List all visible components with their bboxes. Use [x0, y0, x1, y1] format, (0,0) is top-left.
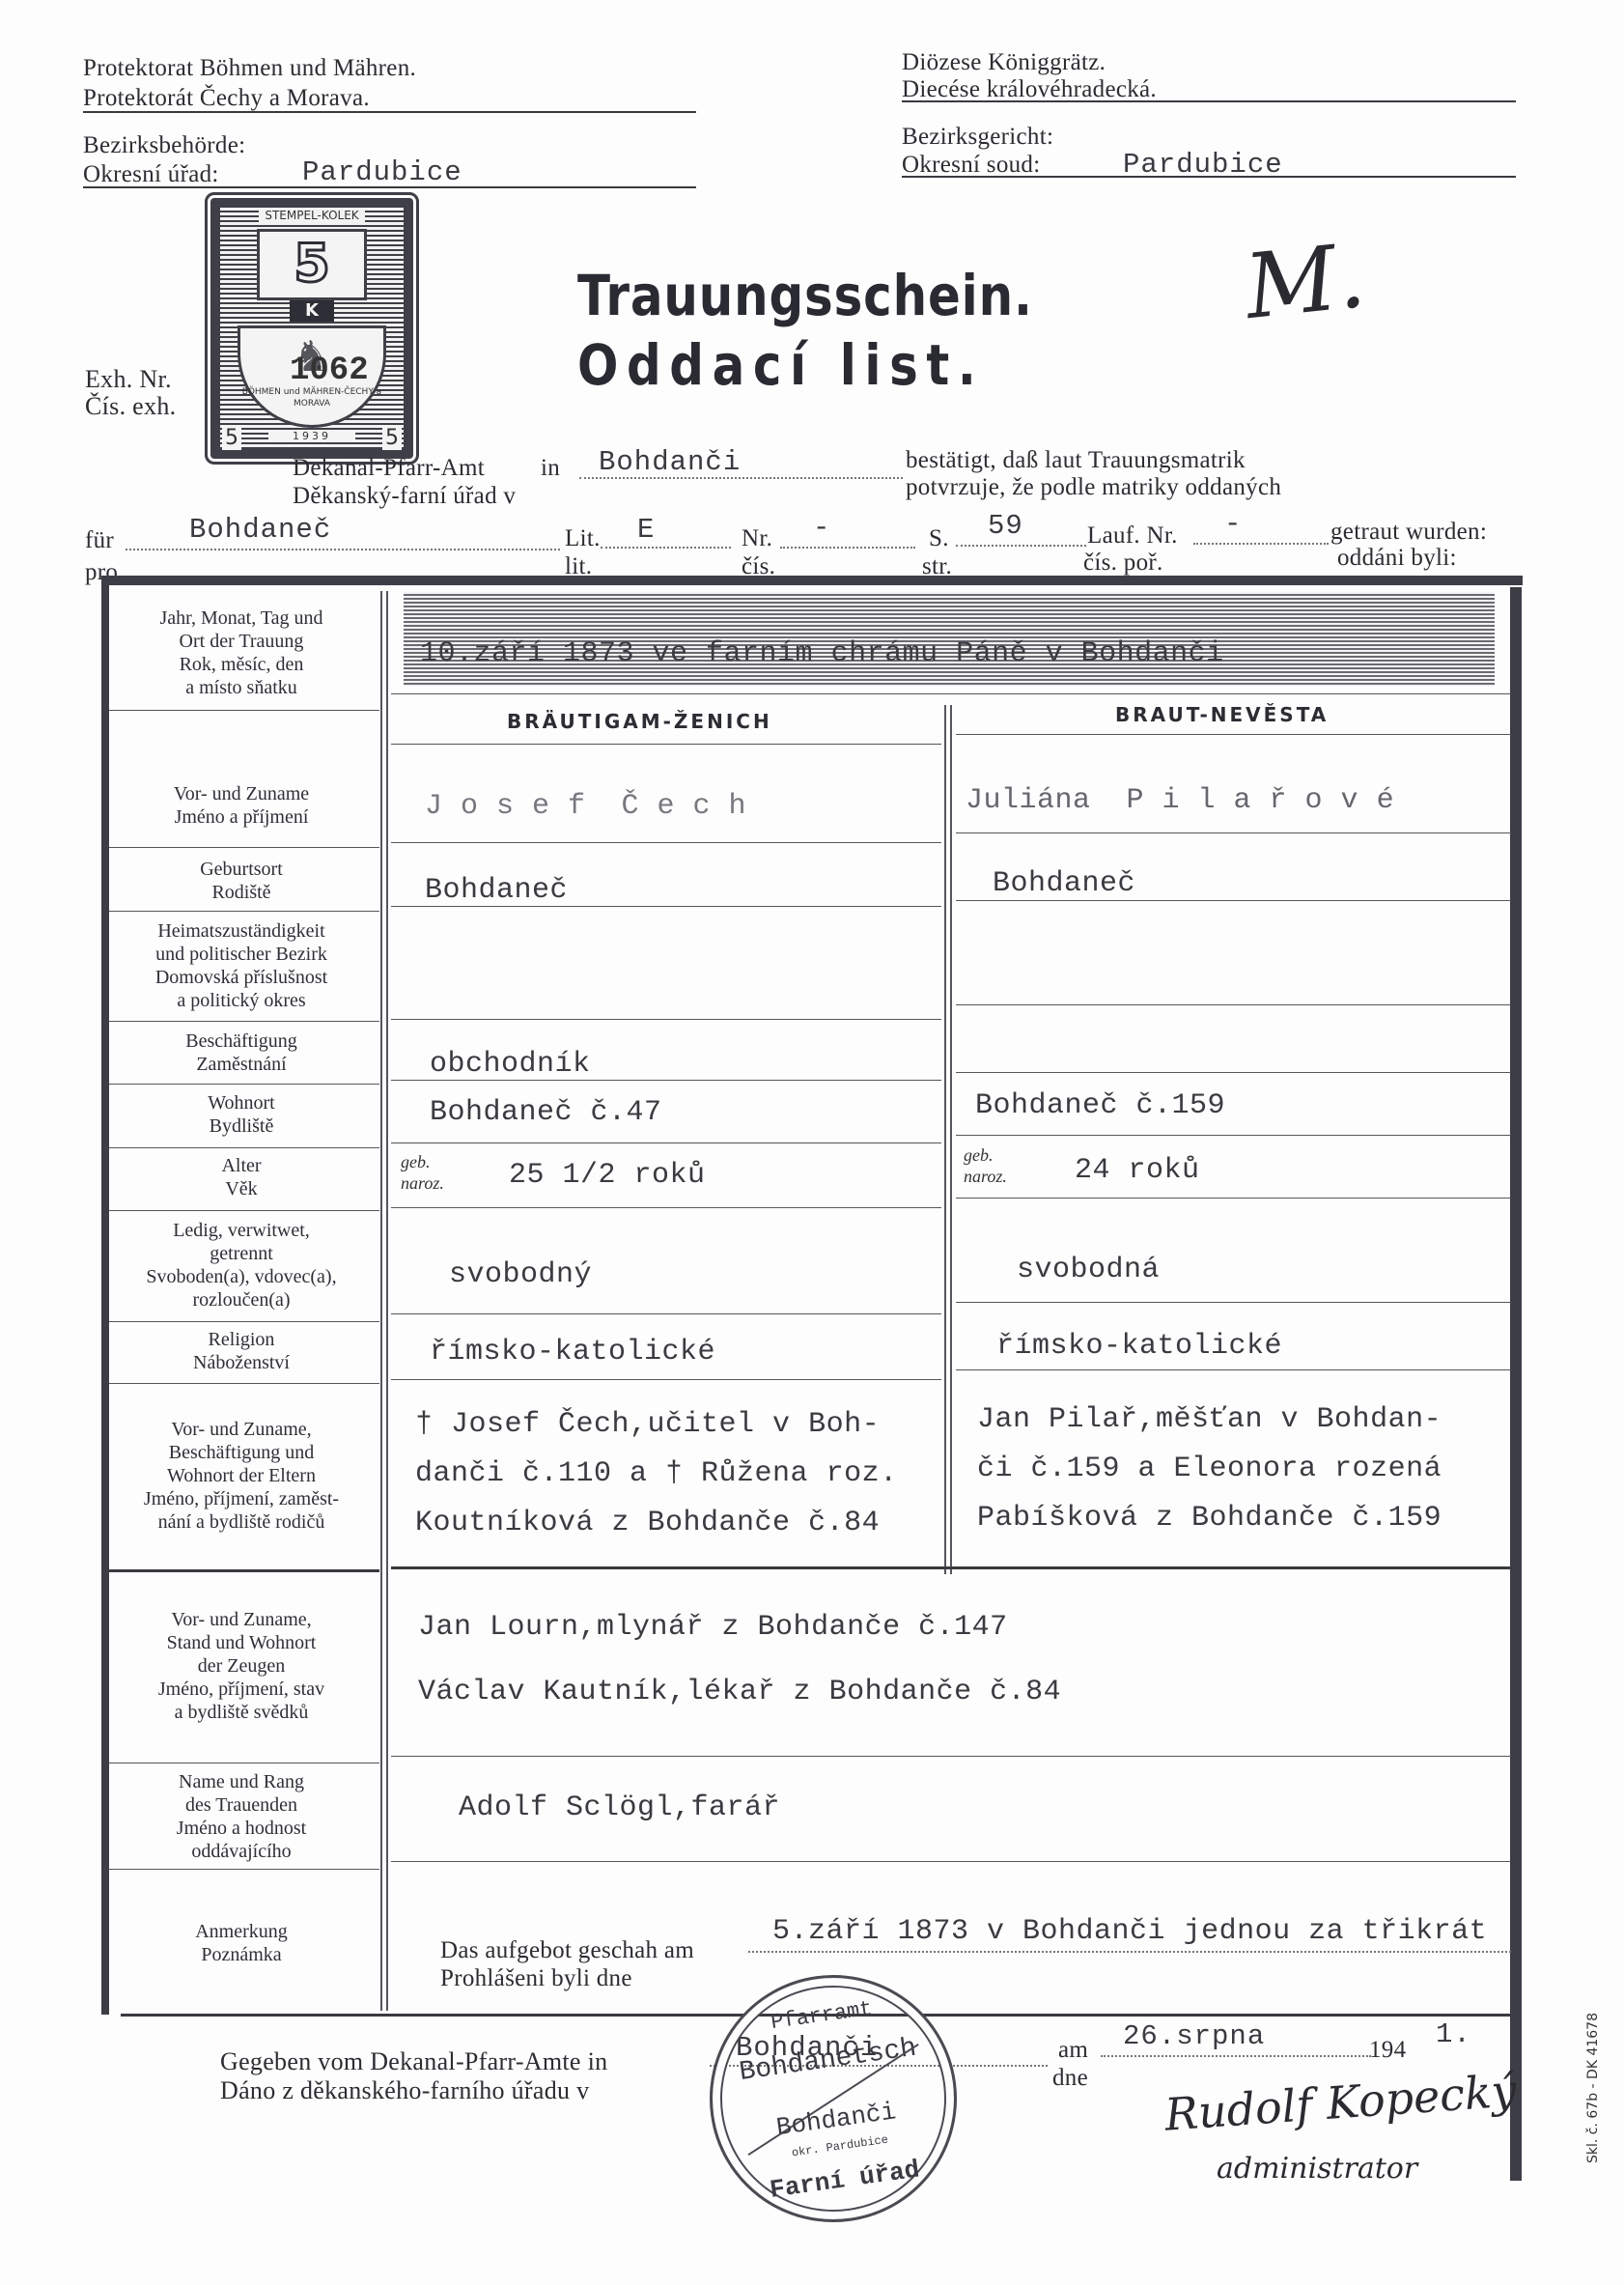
lauf-label-cz: čís. poř.	[1083, 549, 1163, 578]
groom-name: J o s e f Č e c h	[425, 790, 746, 823]
handwritten-mark: M.	[1241, 224, 1370, 339]
signature: Rudolf Kopecký	[1163, 2064, 1519, 2140]
s-label-de: S.	[929, 524, 949, 553]
title-cz: Oddací list.	[577, 332, 984, 398]
confirm-de: bestätigt, daß laut Trauungsmatrik	[906, 446, 1246, 475]
district-authority-label-de: Bezirksbehörde:	[83, 131, 245, 160]
fur-label-de: für	[85, 526, 114, 555]
officiant-label: Name und Rangdes Trauenden Jméno a hodno…	[101, 1770, 381, 1863]
groom-occupation: obchodník	[430, 1048, 591, 1081]
issued-label-de: Gegeben vom Dekanal-Pfarr-Amte in	[220, 2047, 607, 2076]
stamp-overprint: 1062	[290, 353, 369, 389]
groom-residence: Bohdaneč č.47	[430, 1096, 662, 1129]
remarks-label: AnmerkungPoznámka	[101, 1920, 381, 1966]
married-label-cz: oddáni byli:	[1337, 544, 1457, 573]
date-place-value: 10.září 1873 ve farním chrámu Páně v Boh…	[420, 637, 1224, 670]
s-value: 59	[988, 510, 1023, 542]
residence-label: WohnortBydliště	[101, 1091, 381, 1138]
nr-value: -	[813, 512, 830, 544]
witness-2: Václav Kautník,lékař z Bohdanče č.84	[418, 1676, 1061, 1708]
groom-age: 25 1/2 roků	[509, 1159, 706, 1192]
domicile-label: Heimatszuständigkeitund politischer Bezi…	[101, 919, 381, 1012]
office-label-in: in	[541, 454, 560, 483]
bride-birthplace: Bohdaneč	[993, 867, 1135, 900]
parish-seal: Pfarramt Bohdanetsch Bohdanči okr. Pardu…	[693, 1959, 972, 2238]
district-authority-value: Pardubice	[302, 156, 462, 188]
office-label-cz: Děkanský-farní úřad v	[293, 482, 516, 511]
exhibit-label-cz: Čís. exh.	[85, 392, 176, 421]
groom-column-header: BRÄUTIGAM-ŽENICH	[507, 710, 772, 733]
lit-value: E	[637, 514, 655, 546]
protectorate-de: Protektorat Böhmen und Mähren.	[83, 54, 416, 83]
date-place-label: Jahr, Monat, Tag undOrt der Trauung Rok,…	[101, 607, 381, 699]
bride-column-header: BRAUT-NEVĚSTA	[1115, 703, 1329, 726]
stamp-top-text: STEMPEL-KOLEK	[259, 208, 365, 223]
nr-label-de: Nr.	[742, 524, 772, 553]
form-code: Skl. č. 67b - DK 41678	[1585, 2013, 1601, 2163]
diocese-de: Diözese Königgrätz.	[902, 48, 1106, 77]
year-prefix: 194	[1369, 2036, 1406, 2065]
lauf-value: -	[1224, 508, 1242, 540]
stamp-currency: K	[290, 300, 334, 322]
age-label: AlterVěk	[101, 1154, 381, 1200]
year-suffix: 1.	[1436, 2018, 1471, 2050]
confirm-cz: potvrzuje, že podle matriky oddaných	[906, 473, 1281, 502]
bride-geb-label: geb.naroz.	[964, 1144, 1007, 1187]
issued-label-cz: Dáno z děkanského-farního úřadu v	[220, 2076, 589, 2105]
title-de: Trauungsschein.	[577, 263, 1033, 328]
parents-label: Vor- und Zuname,Beschäftigung und Wohnor…	[101, 1418, 381, 1534]
bride-religion: římsko-katolické	[996, 1330, 1282, 1363]
stamp-corner-left: 5	[222, 426, 241, 450]
groom-marital-status: svobodný	[449, 1258, 592, 1291]
groom-religion: římsko-katolické	[430, 1336, 715, 1368]
banns-value: 5.září 1873 v Bohdanči jednou za třikrát	[772, 1915, 1487, 1948]
fur-value: Bohdaneč	[189, 514, 331, 546]
marital-status-label: Ledig, verwitwet,getrennt Svoboden(a), v…	[101, 1219, 381, 1312]
banns-label-de: Das aufgebot geschah am	[440, 1936, 694, 1965]
district-court-label-de: Bezirksgericht:	[902, 123, 1053, 152]
religion-label: ReligionNáboženství	[101, 1328, 381, 1374]
stamp-value: 5	[257, 229, 367, 300]
lauf-label-de: Lauf. Nr.	[1087, 522, 1178, 550]
issue-date-value: 26.srpna	[1123, 2020, 1265, 2052]
office-label-de: Dekanal-Pfarr-Amt	[293, 454, 485, 483]
bride-marital-status: svobodná	[1017, 1254, 1160, 1286]
occupation-label: BeschäftigungZaměstnání	[101, 1030, 381, 1076]
exhibit-label-de: Exh. Nr.	[85, 365, 172, 394]
district-authority-label-cz: Okresní úřad:	[83, 160, 219, 189]
stamp-year: 1939	[268, 430, 355, 442]
revenue-stamp: STEMPEL-KOLEK 5 K ♞ BÖHMEN und MÄHREN-ČE…	[210, 198, 413, 459]
groom-geb-label: geb.naroz.	[401, 1151, 444, 1194]
witness-1: Jan Lourn,mlynář z Bohdanče č.147	[418, 1611, 1008, 1644]
date-label-cz: dne	[1052, 2064, 1088, 2093]
groom-parents: † Josef Čech,učitel v Boh- danči č.110 a…	[415, 1400, 898, 1548]
married-label-de: getraut wurden:	[1330, 518, 1487, 547]
bride-name: Juliána P i l a ř o v é	[966, 784, 1394, 817]
witnesses-label: Vor- und Zuname,Stand und Wohnort der Ze…	[101, 1608, 381, 1724]
birthplace-label: GeburtsortRodiště	[101, 858, 381, 904]
name-label: Vor- und ZunameJméno a příjmení	[101, 782, 381, 829]
bride-parents: Jan Pilař,měšťan v Bohdan- či č.159 a El…	[977, 1396, 1442, 1543]
signature-title: administrator	[1217, 2152, 1417, 2186]
office-value: Bohdanči	[599, 446, 741, 478]
lit-label-de: Lit.	[565, 524, 601, 553]
bride-age: 24 roků	[1075, 1154, 1200, 1187]
stamp-corner-right: 5	[382, 426, 402, 450]
protectorate-cz: Protektorát Čechy a Morava.	[83, 84, 370, 113]
banns-label-cz: Prohlášeni byli dne	[440, 1964, 632, 1993]
date-label-de: am	[1058, 2036, 1088, 2065]
officiant-value: Adolf Sclögl,farář	[459, 1791, 780, 1824]
bride-residence: Bohdaneč č.159	[975, 1089, 1225, 1122]
stamp-ring-text: BÖHMEN und MÄHREN-ČECHY a MORAVA	[240, 386, 383, 409]
groom-birthplace: Bohdaneč	[425, 874, 568, 907]
